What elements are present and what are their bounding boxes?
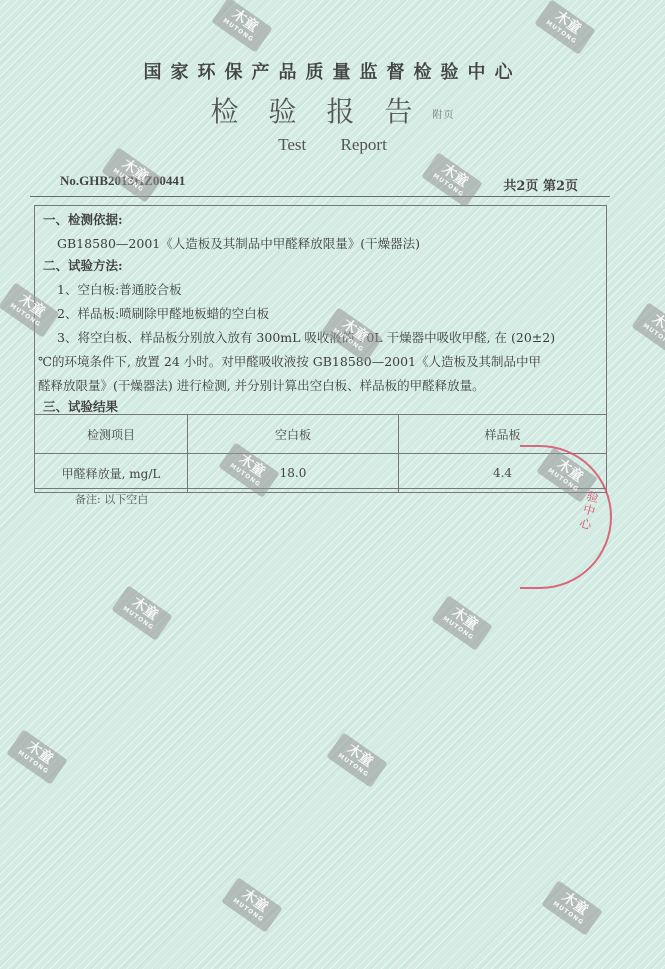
method-item-3-line-3: 醛释放限量》(干燥器法) 进行检测, 并分别计算出空白板、样品板的甲醛释放量。 [38,376,485,394]
basis-standard: GB18580—2001《人造板及其制品中甲醛释放限量》(干燥器法) [57,234,420,252]
section-results-heading: 三、试验结果 [43,397,118,415]
header-blank-board: 空白板 [188,415,399,454]
attached-page-label: 附页 [433,110,455,121]
method-item-3-line-1: 3、将空白板、样品板分别放入放有 300mL 吸收液的 10L 干燥器中吸收甲醛… [57,328,555,346]
remark-note: 备注: 以下空白 [75,491,148,507]
mutong-watermark-icon: 木童MUTONG [211,0,272,53]
mutong-watermark-icon: 木童MUTONG [6,729,67,785]
mutong-watermark-icon: 木童MUTONG [631,302,665,358]
mutong-watermark-icon: 木童MUTONG [421,152,482,208]
cell-blank-board-value: 18.0 [188,454,399,493]
section-basis-heading: 一、检测依据: [43,210,123,228]
mutong-watermark-icon: 木童MUTONG [431,595,492,651]
cell-test-item: 甲醛释放量, mg/L [35,454,188,493]
method-item-3-line-2: ℃的环境条件下, 放置 24 小时。对甲醛吸收液按 GB18580—2001《人… [38,352,541,370]
section-method-heading: 二、试验方法: [43,256,123,274]
method-item-1: 1、空白板:普通胶合板 [57,280,182,298]
test-report-page: 国家环保产品质量监督检验中心 检验报告附页 Test Report No.GHB… [0,0,665,969]
method-item-2: 2、样品板:喷刷除甲醛地板蜡的空白板 [57,304,269,322]
header-sample-board: 样品板 [399,415,607,454]
mutong-watermark-icon: 木童MUTONG [534,0,595,55]
page-count: 共2页 第2页 [503,175,578,194]
organization-name: 国家环保产品质量监督检验中心 [0,58,665,84]
header-test-item: 检测项目 [35,415,188,454]
mutong-watermark-icon: 木童MUTONG [541,880,602,936]
report-title-text: 检验报告 [210,95,442,128]
report-title-english: Test Report [0,135,665,155]
mutong-watermark-icon: 木童MUTONG [221,877,282,933]
report-title: 检验报告附页 [0,90,665,130]
mutong-watermark-icon: 木童MUTONG [326,732,387,788]
mutong-watermark-icon: 木童MUTONG [111,585,172,641]
mutong-watermark-icon: 木童MUTONG [101,147,162,203]
header-divider [30,196,610,197]
